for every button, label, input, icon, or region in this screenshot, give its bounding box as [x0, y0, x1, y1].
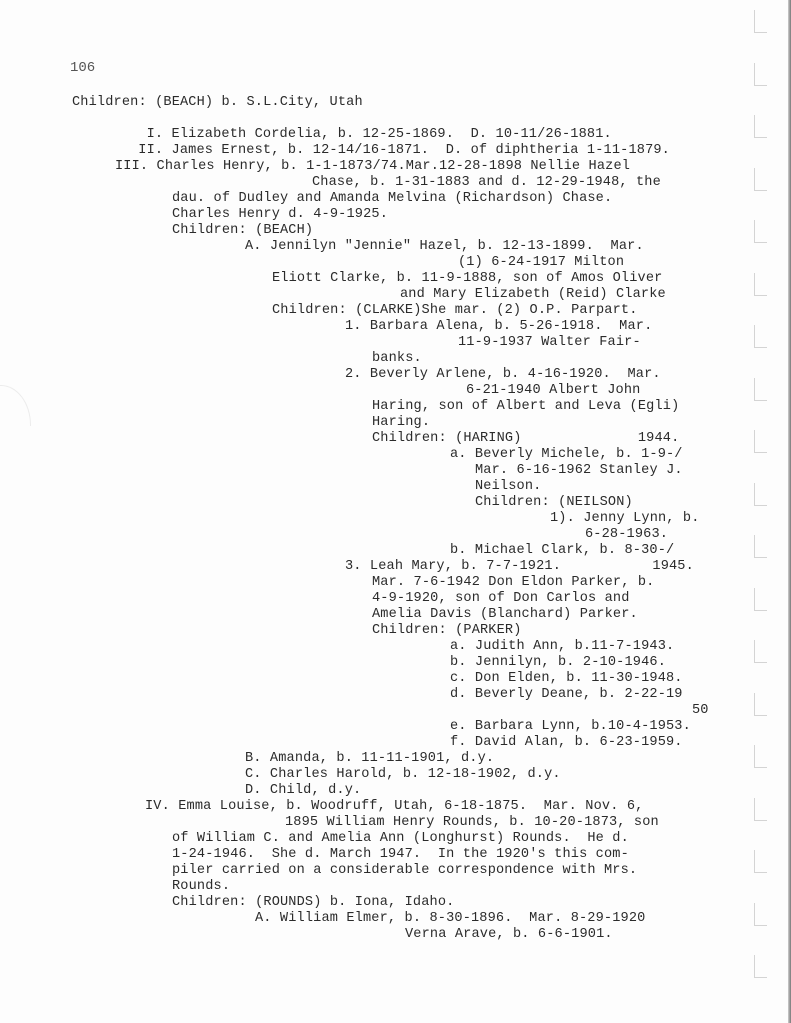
text-line: Rounds.	[172, 879, 230, 895]
text-line: piler carried on a considerable correspo…	[172, 863, 637, 879]
margin-mark	[754, 63, 767, 86]
text-line: C. Charles Harold, b. 12-18-1902, d.y.	[245, 767, 561, 783]
margin-mark	[754, 955, 767, 978]
text-line: e. Barbara Lynn, b.10-4-1953.	[450, 719, 691, 735]
margin-mark	[754, 745, 767, 768]
scan-artifact	[0, 385, 31, 426]
text-line: a. Judith Ann, b.11-7-1943.	[450, 639, 674, 655]
text-line: I. Elizabeth Cordelia, b. 12-25-1869. D.…	[130, 127, 612, 143]
margin-mark	[754, 378, 767, 401]
text-line: A. Jennilyn "Jennie" Hazel, b. 12-13-189…	[245, 239, 644, 255]
text-line: 1-24-1946. She d. March 1947. In the 192…	[172, 847, 629, 863]
text-line: a. Beverly Michele, b. 1-9-/	[450, 447, 683, 463]
text-line: Haring, son of Albert and Leva (Egli)	[372, 399, 679, 415]
text-line: b. Michael Clark, b. 8-30-/	[450, 543, 674, 559]
margin-mark	[754, 535, 767, 558]
margin-mark	[754, 325, 767, 348]
text-line: Eliott Clarke, b. 11-9-1888, son of Amos…	[272, 271, 662, 287]
text-line: Charles Henry d. 4-9-1925.	[172, 207, 388, 223]
margin-mark	[754, 273, 767, 296]
text-line: 1895 William Henry Rounds, b. 10-20-1873…	[285, 815, 659, 831]
margin-mark	[754, 115, 767, 138]
document-page: 106 Children: (BEACH) b. S.L.City, Utah …	[0, 0, 791, 1023]
margin-mark	[754, 10, 767, 33]
text-line: 3. Leah Mary, b. 7-7-1921. 1945.	[345, 559, 694, 575]
text-line: 50	[692, 703, 709, 719]
text-line: of William C. and Amelia Ann (Longhurst)…	[172, 831, 629, 847]
margin-mark	[754, 640, 767, 663]
text-line: 1. Barbara Alena, b. 5-26-1918. Mar.	[345, 319, 652, 335]
margin-mark	[754, 430, 767, 453]
text-line: 4-9-1920, son of Don Carlos and	[372, 591, 630, 607]
text-line: Verna Arave, b. 6-6-1901.	[405, 927, 613, 943]
text-line: f. David Alan, b. 6-23-1959.	[450, 735, 683, 751]
text-line: c. Don Elden, b. 11-30-1948.	[450, 671, 683, 687]
text-line: 6-28-1963.	[585, 527, 668, 543]
text-line: D. Child, d.y.	[245, 783, 361, 799]
text-line: Amelia Davis (Blanchard) Parker.	[372, 607, 638, 623]
text-line: II. James Ernest, b. 12-14/16-1871. D. o…	[130, 143, 670, 159]
margin-mark	[754, 588, 767, 611]
text-line: Children: (PARKER)	[372, 623, 522, 639]
text-line: Chase, b. 1-31-1883 and d. 12-29-1948, t…	[312, 175, 661, 191]
text-line: Children: (HARING) 1944.	[372, 431, 679, 447]
text-line: banks.	[372, 351, 422, 367]
text-line: IV. Emma Louise, b. Woodruff, Utah, 6-18…	[145, 799, 643, 815]
text-line: dau. of Dudley and Amanda Melvina (Richa…	[172, 191, 612, 207]
text-line: (1) 6-24-1917 Milton	[458, 255, 624, 271]
text-line: 1). Jenny Lynn, b.	[550, 511, 700, 527]
margin-mark	[754, 220, 767, 243]
margin-mark	[754, 168, 767, 191]
text-line: Mar. 7-6-1942 Don Eldon Parker, b.	[372, 575, 654, 591]
text-line: Children: (BEACH) b. S.L.City, Utah	[72, 95, 363, 111]
margin-mark	[754, 693, 767, 716]
text-line: Children: (CLARKE)She mar. (2) O.P. Parp…	[272, 303, 638, 319]
text-line: 11-9-1937 Walter Fair-	[458, 335, 641, 351]
text-line: Children: (NEILSON)	[475, 495, 633, 511]
text-line: Mar. 6-16-1962 Stanley J.	[475, 463, 683, 479]
text-line: Neilson.	[475, 479, 541, 495]
text-line: 2. Beverly Arlene, b. 4-16-1920. Mar.	[345, 367, 661, 383]
margin-mark	[754, 798, 767, 821]
text-line: and Mary Elizabeth (Reid) Clarke	[400, 287, 666, 303]
text-line: B. Amanda, b. 11-11-1901, d.y.	[245, 751, 494, 767]
text-line: Haring.	[372, 415, 430, 431]
text-line: Children: (ROUNDS) b. Iona, Idaho.	[172, 895, 454, 911]
page-number: 106	[70, 60, 95, 76]
text-line: Children: (BEACH)	[172, 223, 313, 239]
text-line: III. Charles Henry, b. 1-1-1873/74.Mar.1…	[115, 159, 630, 175]
text-line: A. William Elmer, b. 8-30-1896. Mar. 8-2…	[255, 911, 645, 927]
text-line: 6-21-1940 Albert John	[466, 383, 640, 399]
margin-mark	[754, 850, 767, 873]
text-line: d. Beverly Deane, b. 2-22-19	[450, 687, 683, 703]
margin-mark	[754, 483, 767, 506]
text-line: b. Jennilyn, b. 2-10-1946.	[450, 655, 666, 671]
margin-mark	[754, 903, 767, 926]
